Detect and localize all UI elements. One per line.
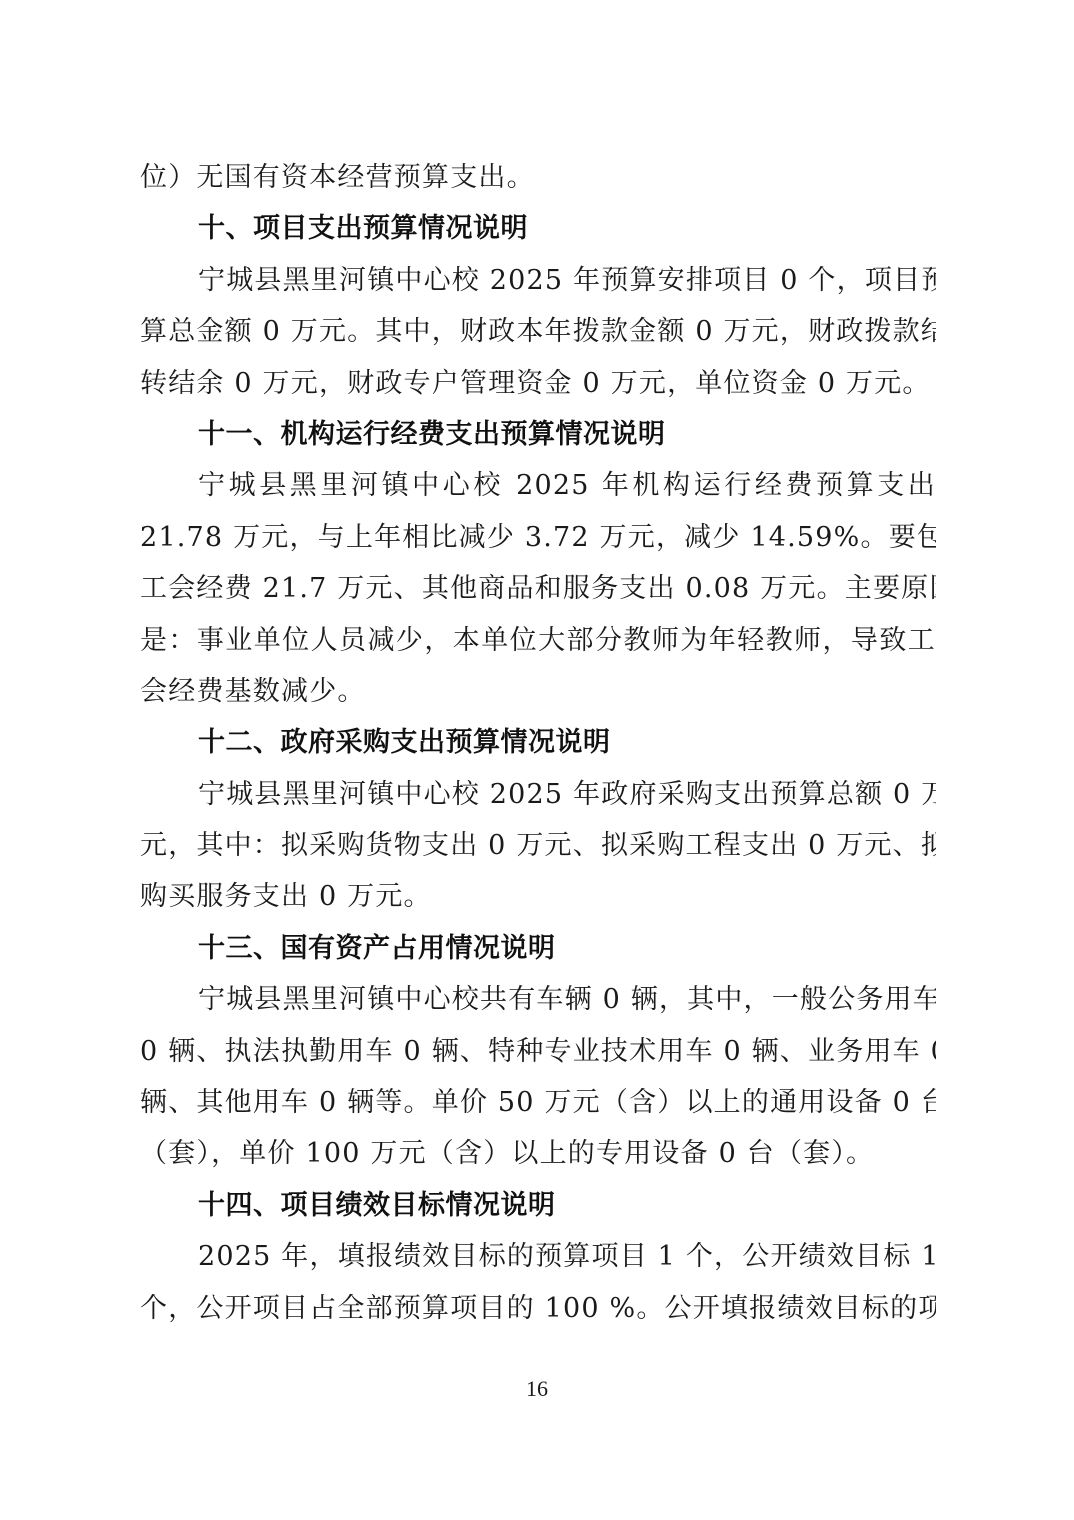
paragraph-line: 宁城县黑里河镇中心校 2025 年预算安排项目 0 个，项目预 <box>140 255 936 306</box>
paragraph-line: 2025 年，填报绩效目标的预算项目 1 个，公开绩效目标 10 <box>140 1231 936 1282</box>
paragraph-line: 宁城县黑里河镇中心校共有车辆 0 辆，其中，一般公务用车 <box>140 974 936 1025</box>
section-heading-11: 十一、机构运行经费支出预算情况说明 <box>140 409 936 460</box>
paragraph-line: 算总金额 0 万元。其中，财政本年拨款金额 0 万元，财政拨款结 <box>140 306 936 357</box>
paragraph-line: 宁城县黑里河镇中心校 2025 年政府采购支出预算总额 0 万 <box>140 769 936 820</box>
paragraph-line: （套），单价 100 万元（含）以上的专用设备 0 台（套）。 <box>140 1128 936 1179</box>
paragraph-line: 元，其中：拟采购货物支出 0 万元、拟采购工程支出 0 万元、拟 <box>140 820 936 871</box>
paragraph-line: 21.78 万元，与上年相比减少 3.72 万元，减少 14.59%。要包括： <box>140 512 936 563</box>
paragraph-line: 转结余 0 万元，财政专户管理资金 0 万元，单位资金 0 万元。 <box>140 358 936 409</box>
paragraph-line: 是：事业单位人员减少，本单位大部分教师为年轻教师，导致工 <box>140 615 936 666</box>
paragraph-continuation-line: 位）无国有资本经营预算支出。 <box>140 152 936 203</box>
paragraph-line: 0 辆、执法执勤用车 0 辆、特种专业技术用车 0 辆、业务用车 0 <box>140 1026 936 1077</box>
paragraph-line: 个，公开项目占全部预算项目的 100 %。公开填报绩效目标的项 <box>140 1283 936 1334</box>
section-heading-14: 十四、项目绩效目标情况说明 <box>140 1180 936 1231</box>
paragraph-line: 工会经费 21.7 万元、其他商品和服务支出 0.08 万元。主要原因 <box>140 563 936 614</box>
paragraph-line: 辆、其他用车 0 辆等。单价 50 万元（含）以上的通用设备 0 台 <box>140 1077 936 1128</box>
paragraph-line: 会经费基数减少。 <box>140 666 936 717</box>
paragraph-line: 宁城县黑里河镇中心校 2025 年机构运行经费预算支出 <box>140 460 936 511</box>
section-heading-13: 十三、国有资产占用情况说明 <box>140 923 936 974</box>
paragraph-line: 购买服务支出 0 万元。 <box>140 871 936 922</box>
document-page: 位）无国有资本经营预算支出。 十、项目支出预算情况说明 宁城县黑里河镇中心校 2… <box>140 152 936 1334</box>
section-heading-10: 十、项目支出预算情况说明 <box>140 203 936 254</box>
section-heading-12: 十二、政府采购支出预算情况说明 <box>140 717 936 768</box>
page-number: 16 <box>0 1376 1074 1402</box>
